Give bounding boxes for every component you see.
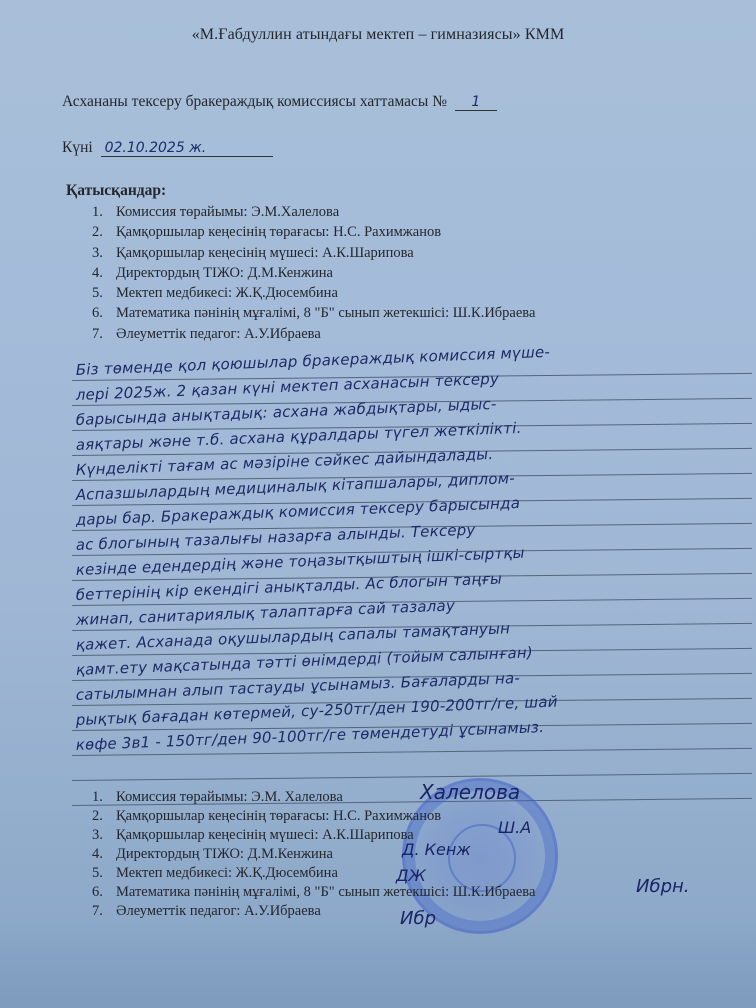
participant-item: 7.Әлеуметтік педагог: А.У.Ибраева (92, 324, 535, 344)
date-value: 02.10.2025 ж. (101, 140, 273, 157)
handwritten-body: Біз төменде қол қоюшылар бракераждық ком… (72, 356, 752, 806)
signature-dyusembina: ДЖ (396, 866, 426, 885)
participants-heading: Қатысқандар: (66, 182, 166, 200)
protocol-title-text: Асхананы тексеру бракераждық комиссиясы … (62, 93, 447, 110)
signature-item: 6.Математика пәнінің мұғалімі, 8 "Б" сын… (92, 883, 535, 902)
date-row: Күні 02.10.2025 ж. (62, 139, 273, 157)
protocol-title: Асхананы тексеру бракераждық комиссиясы … (62, 93, 497, 111)
signature-sharipova: Ш.А (498, 818, 531, 837)
participant-item: 1.Комиссия төрайымы: Э.М.Халелова (92, 202, 535, 222)
date-label: Күні (62, 139, 93, 156)
signature-item: 2.Қамқоршылар кеңесінің төрағасы: Н.С. Р… (92, 807, 535, 826)
signature-kenzhina: Д. Кенж (402, 840, 471, 859)
organization-title: «М.Ғабдуллин атындағы мектеп – гимназияс… (0, 26, 756, 44)
participant-item: 3.Қамқоршылар кеңесінің мүшесі: А.К.Шари… (92, 243, 535, 263)
participant-item: 2.Қамқоршылар кеңесінің төрағасы: Н.С. Р… (92, 222, 535, 242)
participant-item: 5.Мектеп медбикесі: Ж.Қ.Дюсембина (92, 283, 535, 303)
signature-item: 5.Мектеп медбикесі: Ж.Қ.Дюсембина (92, 864, 535, 883)
protocol-number: 1 (455, 94, 497, 111)
participant-item: 4.Директордың ТІЖО: Д.М.Кенжина (92, 263, 535, 283)
document-page: «М.Ғабдуллин атындағы мектеп – гимназияс… (0, 0, 756, 1008)
page-shadow (0, 918, 756, 1008)
participant-item: 6.Математика пәнінің мұғалімі, 8 "Б" сын… (92, 303, 535, 323)
signature-halelova: Халелова (420, 780, 520, 804)
signature-sh-ibraeva: Ибрн. (636, 876, 689, 897)
participants-list: 1.Комиссия төрайымы: Э.М.Халелова 2.Қамқ… (92, 202, 535, 344)
